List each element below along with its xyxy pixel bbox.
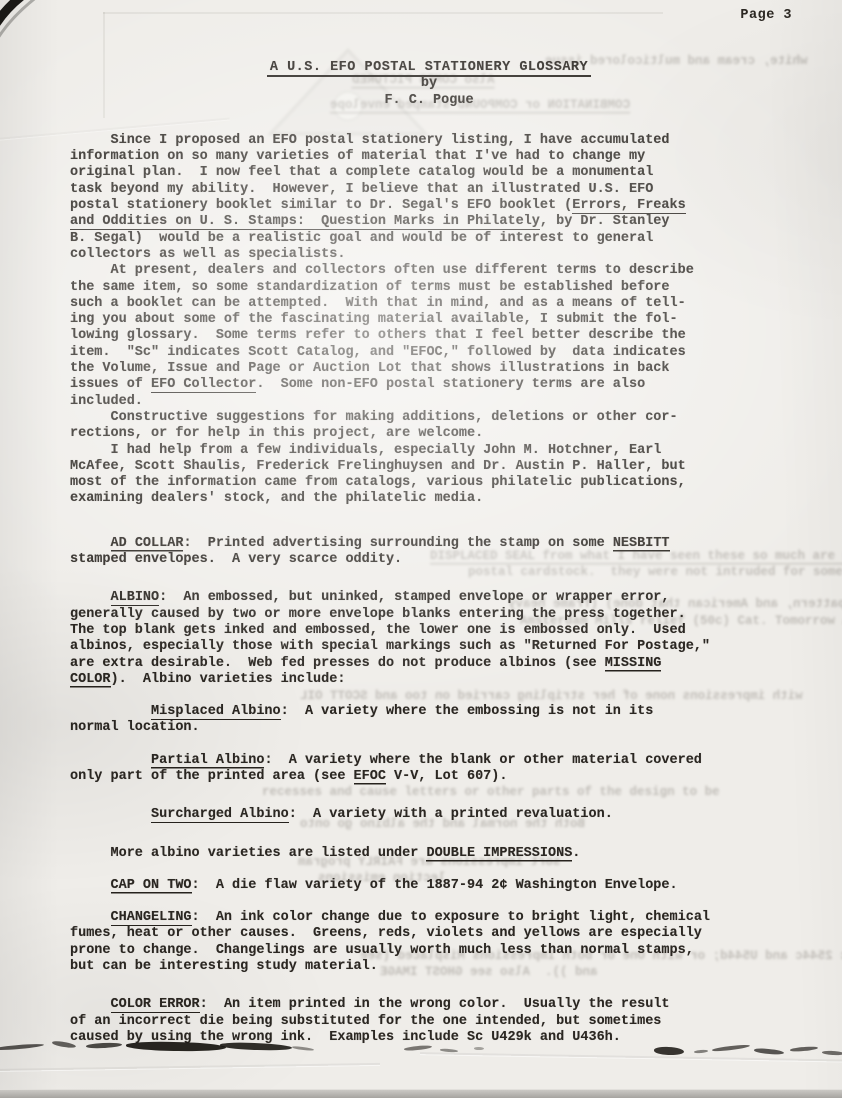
text-line: of an incorrect die being substituted fo… — [70, 1014, 788, 1030]
ink-smudge — [86, 1042, 122, 1049]
text-line: prone to change. Changelings are usually… — [70, 943, 788, 959]
ink-smudge — [292, 1046, 314, 1052]
text-line: included. — [70, 394, 788, 410]
text-line: the same item, so some standardization o… — [70, 280, 788, 296]
text-line: At present, dealers and collectors often… — [70, 263, 788, 279]
text-line: item. "Sc" indicates Scott Catalog, and … — [70, 345, 788, 361]
text-line: issues of EFO Collector. Some non-EFO po… — [70, 377, 788, 393]
ink-smudge — [754, 1048, 784, 1056]
glossary-note-more-albino: More albino varieties are listed under D… — [70, 846, 788, 862]
intro-paragraph-3: Constructive suggestions for making addi… — [70, 410, 788, 443]
glossary-entry-color-error: COLOR ERROR: An item printed in the wron… — [70, 997, 788, 1046]
text-line: lowing glossary. Some terms refer to oth… — [70, 328, 788, 344]
text-line: collectors as well as specialists. — [70, 247, 788, 263]
text-line: AD COLLAR: Printed advertising surroundi… — [70, 536, 788, 552]
text-line: such a booklet can be attempted. With th… — [70, 296, 788, 312]
ink-smudge — [822, 1050, 842, 1055]
text-line: fumes, heat or other causes. Greens, red… — [70, 926, 788, 942]
text-line: CHANGELING: An ink color change due to e… — [70, 910, 788, 926]
scan-edge — [0, 1090, 842, 1098]
text-line: albinos, especially those with special m… — [70, 639, 788, 655]
text-line: postal stationery booklet similar to Dr.… — [70, 198, 788, 214]
ink-smudge — [0, 1043, 44, 1051]
text-line: McAfee, Scott Shaulis, Frederick Freling… — [70, 459, 788, 475]
glossary-entry-cap-on-two: CAP ON TWO: A die flaw variety of the 18… — [70, 878, 788, 894]
bleedthrough-frame-top — [103, 12, 663, 14]
text-line: examining dealers' stock, and the philat… — [70, 491, 788, 507]
text-line: More albino varieties are listed under D… — [70, 846, 788, 862]
text-line: I had help from a few individuals, espec… — [70, 443, 788, 459]
text-line: generally caused by two or more envelope… — [70, 607, 788, 623]
document-content: A U.S. EFO POSTAL STATIONERY GLOSSARY by… — [70, 60, 788, 1046]
text-line: information on so many varieties of mate… — [70, 149, 788, 165]
intro-paragraph-1: Since I proposed an EFO postal stationer… — [70, 133, 788, 263]
document-title: A U.S. EFO POSTAL STATIONERY GLOSSARY — [70, 60, 788, 76]
text-line: but can be interesting study material. — [70, 959, 788, 975]
text-line: are extra desirable. Web fed presses do … — [70, 656, 788, 672]
glossary-entry-surcharged-albino: Surcharged Albino: A variety with a prin… — [70, 807, 788, 823]
glossary-entry-partial-albino: Partial Albino: A variety where the blan… — [70, 753, 788, 786]
text-line: the Volume, Issue and Page or Auction Lo… — [70, 361, 788, 377]
text-line: COLOR). Albino varieties include: — [70, 672, 788, 688]
text-line: CAP ON TWO: A die flaw variety of the 18… — [70, 878, 788, 894]
glossary-entry-albino: ALBINO: An embossed, but uninked, stampe… — [70, 590, 788, 688]
intro-paragraph-2: At present, dealers and collectors often… — [70, 263, 788, 410]
text-line: task beyond my ability. However, I belie… — [70, 182, 788, 198]
text-line: The top blank gets inked and embossed, t… — [70, 623, 788, 639]
paper-crease — [0, 1063, 380, 1071]
text-line: and Oddities on U. S. Stamps: Question M… — [70, 214, 788, 230]
glossary-entry-ad-collar: AD COLLAR: Printed advertising surroundi… — [70, 536, 788, 569]
scan-corner-artifact — [0, 0, 48, 42]
intro-paragraph-4: I had help from a few individuals, espec… — [70, 443, 788, 508]
text-line: ALBINO: An embossed, but uninked, stampe… — [70, 590, 788, 606]
text-line: most of the information came from catalo… — [70, 475, 788, 491]
ink-smudge — [790, 1046, 818, 1052]
ink-smudge — [474, 1047, 484, 1050]
page-number: Page 3 — [740, 8, 792, 23]
text-line: Misplaced Albino: A variety where the em… — [70, 704, 788, 720]
author-name: F. C. Pogue — [70, 93, 788, 109]
text-line: Since I proposed an EFO postal stationer… — [70, 133, 788, 149]
text-line: B. Segal) would be a realistic goal and … — [70, 231, 788, 247]
text-line: stamped envelopes. A very scarce oddity. — [70, 552, 788, 568]
glossary-entry-misplaced-albino: Misplaced Albino: A variety where the em… — [70, 704, 788, 737]
byline: by — [70, 76, 788, 92]
text-line: only part of the printed area (see EFOC … — [70, 769, 788, 785]
text-line: original plan. I now feel that a complet… — [70, 165, 788, 181]
text-line: normal location. — [70, 720, 788, 736]
text-line: Partial Albino: A variety where the blan… — [70, 753, 788, 769]
text-line: rections, or for help in this project, a… — [70, 426, 788, 442]
ink-smudge — [654, 1046, 684, 1055]
text-line: Constructive suggestions for making addi… — [70, 410, 788, 426]
text-line: Surcharged Albino: A variety with a prin… — [70, 807, 788, 823]
ink-smudge — [694, 1049, 708, 1053]
text-line: COLOR ERROR: An item printed in the wron… — [70, 997, 788, 1013]
text-flow: Since I proposed an EFO postal stationer… — [70, 133, 788, 1046]
text-line: ing you about some of the fascinating ma… — [70, 312, 788, 328]
document-page: white, cream and multicolored issueAlso … — [0, 0, 842, 1098]
title-block: A U.S. EFO POSTAL STATIONERY GLOSSARY by… — [70, 60, 788, 109]
glossary-entry-changeling: CHANGELING: An ink color change due to e… — [70, 910, 788, 975]
